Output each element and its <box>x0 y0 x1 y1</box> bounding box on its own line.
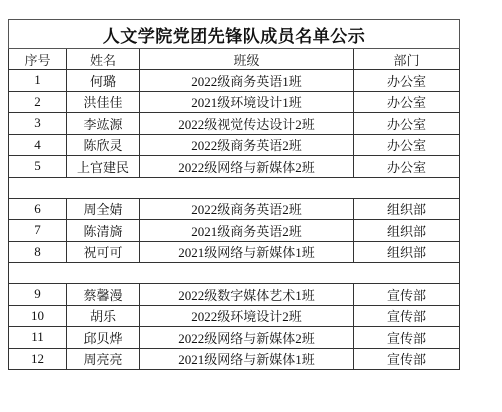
table-row: 7 陈清旖 2021级商务英语2班 组织部 <box>9 220 460 242</box>
cell-name: 洪佳佳 <box>67 91 140 113</box>
cell-department: 办公室 <box>354 134 460 156</box>
cell-class: 2022级商务英语2班 <box>140 198 354 220</box>
cell-index: 1 <box>9 70 67 92</box>
cell-index: 5 <box>9 156 67 178</box>
table-row: 6 周全婧 2022级商务英语2班 组织部 <box>9 198 460 220</box>
cell-class: 2021级网络与新媒体1班 <box>140 348 354 370</box>
cell-index: 2 <box>9 91 67 113</box>
cell-name: 周亮亮 <box>67 348 140 370</box>
cell-index: 8 <box>9 241 67 263</box>
cell-department: 宣传部 <box>354 327 460 349</box>
cell-index: 3 <box>9 113 67 135</box>
cell-department: 办公室 <box>354 91 460 113</box>
cell-class: 2022级网络与新媒体2班 <box>140 327 354 349</box>
table-row: 2 洪佳佳 2021级环境设计1班 办公室 <box>9 91 460 113</box>
table-row: 10 胡乐 2022级环境设计2班 宣传部 <box>9 305 460 327</box>
document-title: 人文学院党团先锋队成员名单公示 <box>9 20 460 49</box>
cell-index: 10 <box>9 305 67 327</box>
cell-department: 宣传部 <box>354 305 460 327</box>
cell-index: 6 <box>9 198 67 220</box>
cell-class: 2021级商务英语2班 <box>140 220 354 242</box>
cell-index: 9 <box>9 284 67 306</box>
member-list-document: 人文学院党团先锋队成员名单公示 序号 姓名 班级 部门 1 何璐 2022级商务… <box>8 19 459 370</box>
cell-name: 祝可可 <box>67 241 140 263</box>
header-department: 部门 <box>354 49 460 70</box>
cell-class: 2022级数字媒体艺术1班 <box>140 284 354 306</box>
table-row: 9 蔡馨漫 2022级数字媒体艺术1班 宣传部 <box>9 284 460 306</box>
cell-class: 2021级网络与新媒体1班 <box>140 241 354 263</box>
table-row: 4 陈欣灵 2022级商务英语2班 办公室 <box>9 134 460 156</box>
header-index: 序号 <box>9 49 67 70</box>
cell-department: 办公室 <box>354 70 460 92</box>
cell-name: 胡乐 <box>67 305 140 327</box>
cell-name: 陈欣灵 <box>67 134 140 156</box>
header-row: 序号 姓名 班级 部门 <box>9 49 460 70</box>
cell-department: 宣传部 <box>354 284 460 306</box>
cell-name: 李竑源 <box>67 113 140 135</box>
cell-name: 周全婧 <box>67 198 140 220</box>
cell-name: 陈清旖 <box>67 220 140 242</box>
table-row: 11 邱贝烨 2022级网络与新媒体2班 宣传部 <box>9 327 460 349</box>
cell-name: 上官建民 <box>67 156 140 178</box>
group-separator-row <box>9 263 460 284</box>
cell-department: 宣传部 <box>354 348 460 370</box>
cell-class: 2022级商务英语1班 <box>140 70 354 92</box>
cell-department: 组织部 <box>354 220 460 242</box>
blank-separator-cell <box>9 263 460 284</box>
cell-name: 邱贝烨 <box>67 327 140 349</box>
cell-department: 办公室 <box>354 156 460 178</box>
cell-department: 办公室 <box>354 113 460 135</box>
cell-class: 2022级商务英语2班 <box>140 134 354 156</box>
title-row: 人文学院党团先锋队成员名单公示 <box>9 20 460 49</box>
cell-department: 组织部 <box>354 241 460 263</box>
blank-separator-cell <box>9 177 460 198</box>
header-name: 姓名 <box>67 49 140 70</box>
header-class: 班级 <box>140 49 354 70</box>
cell-class: 2022级环境设计2班 <box>140 305 354 327</box>
cell-class: 2022级网络与新媒体2班 <box>140 156 354 178</box>
member-table: 人文学院党团先锋队成员名单公示 序号 姓名 班级 部门 1 何璐 2022级商务… <box>8 19 460 370</box>
cell-class: 2022级视觉传达设计2班 <box>140 113 354 135</box>
cell-department: 组织部 <box>354 198 460 220</box>
table-row: 8 祝可可 2021级网络与新媒体1班 组织部 <box>9 241 460 263</box>
cell-index: 11 <box>9 327 67 349</box>
table-row: 3 李竑源 2022级视觉传达设计2班 办公室 <box>9 113 460 135</box>
group-separator-row <box>9 177 460 198</box>
table-row: 1 何璐 2022级商务英语1班 办公室 <box>9 70 460 92</box>
cell-name: 蔡馨漫 <box>67 284 140 306</box>
cell-index: 12 <box>9 348 67 370</box>
table-row: 5 上官建民 2022级网络与新媒体2班 办公室 <box>9 156 460 178</box>
cell-name: 何璐 <box>67 70 140 92</box>
cell-class: 2021级环境设计1班 <box>140 91 354 113</box>
cell-index: 4 <box>9 134 67 156</box>
cell-index: 7 <box>9 220 67 242</box>
table-row: 12 周亮亮 2021级网络与新媒体1班 宣传部 <box>9 348 460 370</box>
